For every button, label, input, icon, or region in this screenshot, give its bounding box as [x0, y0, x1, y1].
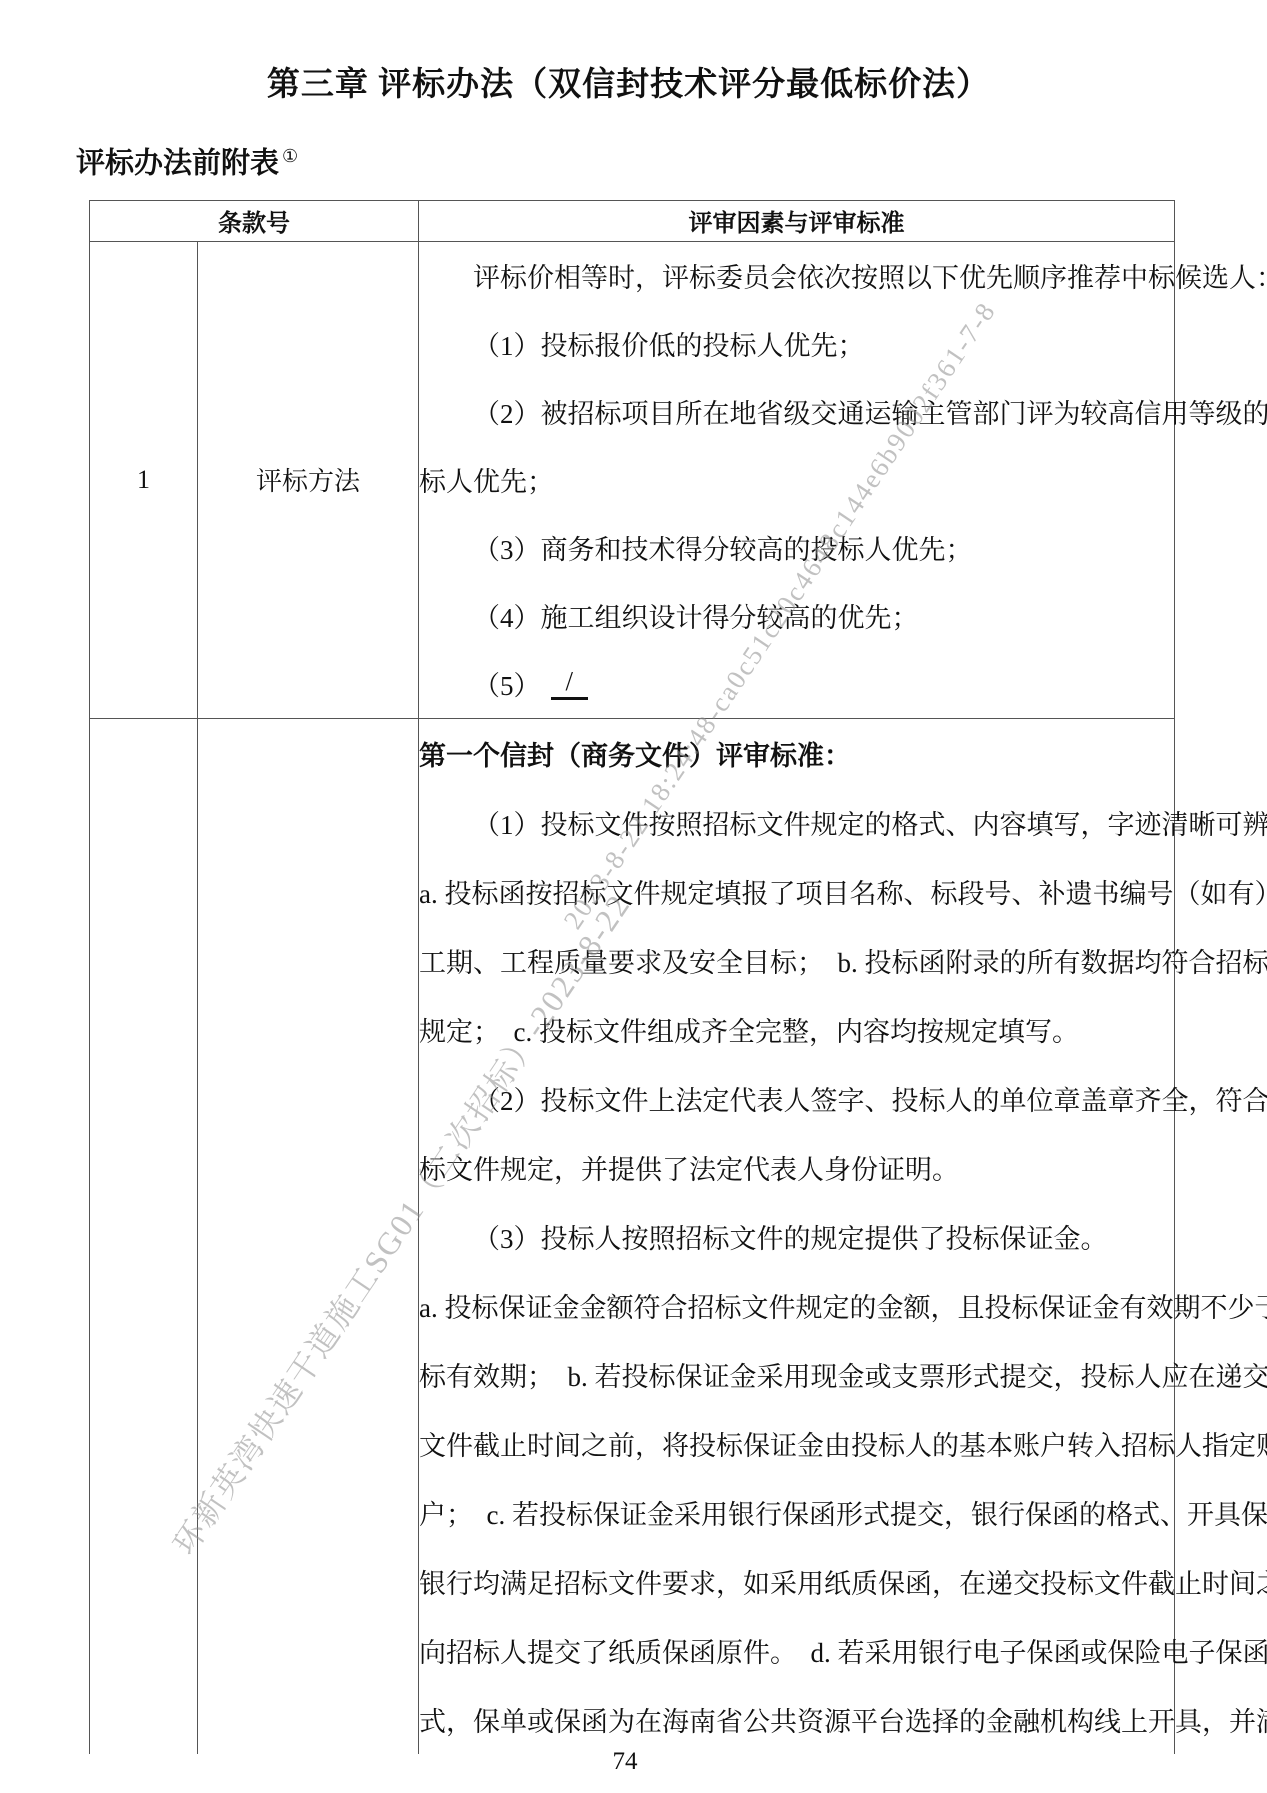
content-line-text: （3）商务和技术得分较高的投标人优先；: [473, 528, 973, 567]
evaluation-criteria-table: 条款号 评审因素与评审标准 1评标方法评标价相等时，评标委员会依次按照以下优先顺…: [89, 200, 1175, 1754]
content-line-text: （2）投标文件上法定代表人签字、投标人的单位章盖章齐全，符合招: [473, 1079, 1267, 1118]
document-page: 环新英湾快速干道施工SG01（二次招标）-2023-8-22 2023-8-22…: [0, 0, 1267, 1793]
clause-number-cell: 1: [90, 241, 198, 718]
clause-name-cell: 评标方法: [198, 241, 419, 718]
content-line-text: 文件截止时间之前，将投标保证金由投标人的基本账户转入招标人指定账: [419, 1424, 1267, 1463]
content-line-text: （1）投标报价低的投标人优先；: [473, 324, 865, 363]
content-line: （1）投标文件按照招标文件规定的格式、内容填写，字迹清晰可辨。: [419, 788, 1174, 857]
clause-number-cell: [90, 718, 198, 1754]
content-line: 标人优先；: [419, 446, 1174, 514]
clause-name-cell: [198, 718, 419, 1754]
content-line-text: 户； c. 若投标保证金采用银行保函形式提交，银行保函的格式、开具保函的: [419, 1493, 1267, 1532]
section-subtitle: 评标办法前附表①: [76, 138, 1267, 182]
content-line: （3）商务和技术得分较高的投标人优先；: [419, 514, 1174, 582]
content-line: （3）投标人按照招标文件的规定提供了投标保证金。: [419, 1202, 1174, 1271]
content-line: 户； c. 若投标保证金采用银行保函形式提交，银行保函的格式、开具保函的: [419, 1478, 1174, 1547]
content-line: 文件截止时间之前，将投标保证金由投标人的基本账户转入招标人指定账: [419, 1409, 1174, 1478]
content-line-text: 标文件规定，并提供了法定代表人身份证明。: [419, 1148, 959, 1187]
section-subtitle-text: 评标办法前附表: [76, 148, 279, 180]
content-line-text: 标有效期； b. 若投标保证金采用现金或支票形式提交，投标人应在递交投标: [419, 1355, 1267, 1394]
content-line-text: 第一个信封（商务文件）评审标准：: [419, 734, 851, 773]
content-line: 式，保单或保函为在海南省公共资源平台选择的金融机构线上开具，并满足: [419, 1685, 1174, 1754]
content-line-text: 式，保单或保函为在海南省公共资源平台选择的金融机构线上开具，并满足: [419, 1700, 1267, 1739]
content-line: 标有效期； b. 若投标保证金采用现金或支票形式提交，投标人应在递交投标: [419, 1340, 1174, 1409]
content-line: （2）投标文件上法定代表人签字、投标人的单位章盖章齐全，符合招: [419, 1064, 1174, 1133]
content-line: 标文件规定，并提供了法定代表人身份证明。: [419, 1133, 1174, 1202]
content-line: （2）被招标项目所在地省级交通运输主管部门评为较高信用等级的投: [419, 378, 1174, 446]
content-line-text: 向招标人提交了纸质保函原件。 d. 若采用银行电子保函或保险电子保函形: [419, 1631, 1267, 1670]
content-line-text: （4）施工组织设计得分较高的优先；: [473, 596, 919, 635]
content-line: （1）投标报价低的投标人优先；: [419, 310, 1174, 378]
content-line: a. 投标保证金金额符合招标文件规定的金额，且投标保证金有效期不少于投: [419, 1271, 1174, 1340]
criteria-content-cell: 评标价相等时，评标委员会依次按照以下优先顺序推荐中标候选人：（1）投标报价低的投…: [419, 241, 1175, 718]
content-line-text: a. 投标保证金金额符合招标文件规定的金额，且投标保证金有效期不少于投: [419, 1286, 1267, 1325]
content-line: 银行均满足招标文件要求，如采用纸质保函，在递交投标文件截止时间之前: [419, 1547, 1174, 1616]
content-line: 规定； c. 投标文件组成齐全完整，内容均按规定填写。: [419, 995, 1174, 1064]
content-line-text: 银行均满足招标文件要求，如采用纸质保函，在递交投标文件截止时间之前: [419, 1562, 1267, 1601]
content-line-text: （1）投标文件按照招标文件规定的格式、内容填写，字迹清晰可辨。: [473, 803, 1267, 842]
column-header-clause-no: 条款号: [90, 200, 419, 241]
content-line: （4）施工组织设计得分较高的优先；: [419, 582, 1174, 650]
content-line: （5）/: [419, 650, 1174, 718]
content-line-text: 工期、工程质量要求及安全目标； b. 投标函附录的所有数据均符合招标文件: [419, 941, 1267, 980]
page-number: 74: [0, 1748, 1250, 1776]
content-line-text: 评标价相等时，评标委员会依次按照以下优先顺序推荐中标候选人：: [473, 256, 1267, 295]
chapter-title: 第三章 评标办法（双信封技术评分最低标价法）: [40, 62, 1217, 108]
table-row: 1评标方法评标价相等时，评标委员会依次按照以下优先顺序推荐中标候选人：（1）投标…: [90, 241, 1175, 718]
table-header-row: 条款号 评审因素与评审标准: [90, 200, 1175, 241]
footnote-marker: ①: [282, 146, 298, 166]
content-line-text: a. 投标函按招标文件规定填报了项目名称、标段号、补遗书编号（如有）、: [419, 872, 1267, 911]
content-line-text: （3）投标人按照招标文件的规定提供了投标保证金。: [473, 1217, 1108, 1256]
column-header-criteria: 评审因素与评审标准: [419, 200, 1175, 241]
content-line: 评标价相等时，评标委员会依次按照以下优先顺序推荐中标候选人：: [419, 242, 1174, 310]
criteria-content-cell: 第一个信封（商务文件）评审标准：（1）投标文件按照招标文件规定的格式、内容填写，…: [419, 718, 1175, 1754]
content-line: 第一个信封（商务文件）评审标准：: [419, 719, 1174, 788]
table-row: 第一个信封（商务文件）评审标准：（1）投标文件按照招标文件规定的格式、内容填写，…: [90, 718, 1175, 1754]
content-line-text: （5）: [473, 664, 541, 703]
content-line: 向招标人提交了纸质保函原件。 d. 若采用银行电子保函或保险电子保函形: [419, 1616, 1174, 1685]
content-line-text: （2）被招标项目所在地省级交通运输主管部门评为较高信用等级的投: [473, 392, 1267, 431]
content-line-text: 标人优先；: [419, 460, 554, 499]
blank-slash-placeholder: /: [551, 667, 589, 700]
content-line-text: 规定； c. 投标文件组成齐全完整，内容均按规定填写。: [419, 1010, 1079, 1049]
content-line: a. 投标函按招标文件规定填报了项目名称、标段号、补遗书编号（如有）、: [419, 857, 1174, 926]
content-line: 工期、工程质量要求及安全目标； b. 投标函附录的所有数据均符合招标文件: [419, 926, 1174, 995]
